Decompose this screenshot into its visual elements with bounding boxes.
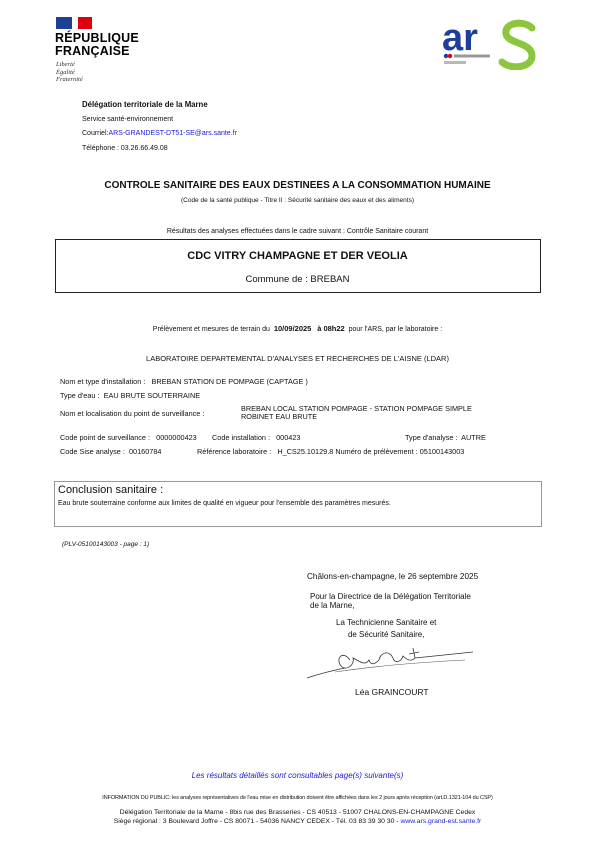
for-director-line2: de la Marne,	[310, 601, 471, 610]
install-code-label: Code installation :	[212, 433, 270, 442]
install-code: Code installation : 000423	[212, 433, 300, 442]
analysis-context: Résultats des analyses effectuées dans l…	[0, 228, 595, 235]
analysis-type-label: Type d'analyse :	[405, 433, 458, 442]
role-line1: La Technicienne Sanitaire et	[336, 617, 436, 629]
surveillance-point-value: BREBAN LOCAL STATION POMPAGE - STATION P…	[241, 405, 472, 421]
republic-line2: FRANÇAISE	[55, 45, 139, 58]
conclusion-text: Eau brute souterraine conforme aux limit…	[58, 500, 391, 507]
signer-role: La Technicienne Sanitaire et de Sécurité…	[336, 617, 436, 641]
phone-number: Téléphone : 03.26.66.49.08	[82, 142, 237, 157]
place-date: Châlons-en-champagne, le 26 septembre 20…	[307, 572, 478, 581]
regional-address: Siège régional : 3 Boulevard Joffre - CS…	[0, 817, 595, 826]
public-information: INFORMATION DU PUBLIC: les analyses repr…	[0, 795, 595, 801]
installation-row: Nom et type d'installation : BREBAN STAT…	[60, 377, 308, 386]
website-link[interactable]: www.ars.grand-est.sante.fr	[400, 818, 481, 825]
document-subtitle: (Code de la santé publique - Titre II : …	[0, 197, 595, 204]
water-type-value: EAU BRUTE SOUTERRAINE	[104, 391, 201, 400]
sampling-time: à 08h22	[317, 324, 345, 333]
handwritten-signature	[305, 640, 475, 685]
email-line: Courriel:ARS-GRANDEST-DT51-SE@ars.sante.…	[82, 127, 237, 142]
sampling-date: 10/09/2025	[274, 324, 312, 333]
republic-motto: Liberté Égalité Fraternité	[56, 61, 83, 84]
page-reference: (PLV-05100143003 - page : 1)	[62, 541, 149, 548]
conclusion-title: Conclusion sanitaire :	[58, 484, 163, 496]
codes-row: Code point de surveillance : 0000000423	[60, 433, 197, 442]
distributor-name: CDC VITRY CHAMPAGNE ET DER VEOLIA	[0, 250, 595, 262]
email-link[interactable]: ARS-GRANDEST-DT51-SE@ars.sante.fr	[108, 130, 236, 137]
signer-name: Léa GRAINCOURT	[355, 687, 429, 697]
sampling-suffix: pour l'ARS, par le laboratoire :	[349, 326, 443, 333]
motto-egalite: Égalité	[56, 69, 83, 77]
lab-ref-label: Référence laboratoire :	[197, 447, 271, 456]
delegation-address: Délégation Territoriale de la Marne - 8b…	[0, 808, 595, 817]
sample-num-value: 05100143003	[420, 447, 465, 456]
water-type-label: Type d'eau :	[60, 391, 100, 400]
point-value-line2: ROBINET EAU BRUTE	[241, 413, 472, 421]
analysis-type-value: AUTRE	[461, 433, 486, 442]
sampling-line: Prélèvement et mesures de terrain du 10/…	[0, 324, 595, 333]
sampling-prefix: Prélèvement et mesures de terrain du	[153, 326, 270, 333]
sample-num-label: Numéro de prélèvement :	[335, 447, 417, 456]
lab-ref: Référence laboratoire : H_CS25.10129.8 N…	[197, 447, 464, 456]
ars-logo-text: ar	[442, 18, 478, 59]
sise-row: Code Sise analyse : 00160784	[60, 447, 161, 456]
lab-ref-value: H_CS25.10129.8	[277, 447, 333, 456]
email-label: Courriel:	[82, 130, 108, 137]
surveillance-point-label: Nom et localisation du point de surveill…	[60, 409, 204, 418]
more-results-link[interactable]: Les résultats détaillés sont consultable…	[0, 771, 595, 780]
installation-label: Nom et type d'installation :	[60, 377, 145, 386]
for-director: Pour la Directrice de la Délégation Terr…	[310, 592, 471, 610]
motto-fraternite: Fraternité	[56, 76, 83, 84]
delegation-name: Délégation territoriale de la Marne	[82, 98, 237, 113]
flag-red-part	[78, 17, 92, 29]
regional-address-text: Siège régional : 3 Boulevard Joffre - CS…	[114, 818, 401, 825]
service-name: Service santé-environnement	[82, 113, 237, 128]
point-code-value: 0000000423	[156, 433, 197, 442]
sise-value: 00160784	[129, 447, 161, 456]
point-code-label: Code point de surveillance :	[60, 433, 150, 442]
republique-francaise-title: RÉPUBLIQUE FRANÇAISE	[55, 32, 139, 58]
document-title: CONTROLE SANITAIRE DES EAUX DESTINEES A …	[0, 180, 595, 191]
address-block: Délégation Territoriale de la Marne - 8b…	[0, 808, 595, 826]
water-type-row: Type d'eau : EAU BRUTE SOUTERRAINE	[60, 391, 200, 400]
ars-logo: ar	[440, 18, 540, 70]
installation-value: BREBAN STATION DE POMPAGE (CAPTAGE )	[151, 377, 307, 386]
for-director-line1: Pour la Directrice de la Délégation Terr…	[310, 592, 471, 601]
sise-label: Code Sise analyse :	[60, 447, 125, 456]
marianne-flag-logo	[56, 17, 92, 29]
analysis-type: Type d'analyse : AUTRE	[405, 433, 486, 442]
ars-logo-s	[502, 23, 532, 67]
commune-name: Commune de : BREBAN	[0, 274, 595, 285]
laboratory-name: LABORATOIRE DEPARTEMENTAL D'ANALYSES ET …	[0, 354, 595, 363]
sender-block: Délégation territoriale de la Marne Serv…	[82, 98, 237, 156]
install-code-value: 000423	[276, 433, 300, 442]
motto-liberte: Liberté	[56, 61, 83, 69]
flag-blue-part	[56, 17, 72, 29]
